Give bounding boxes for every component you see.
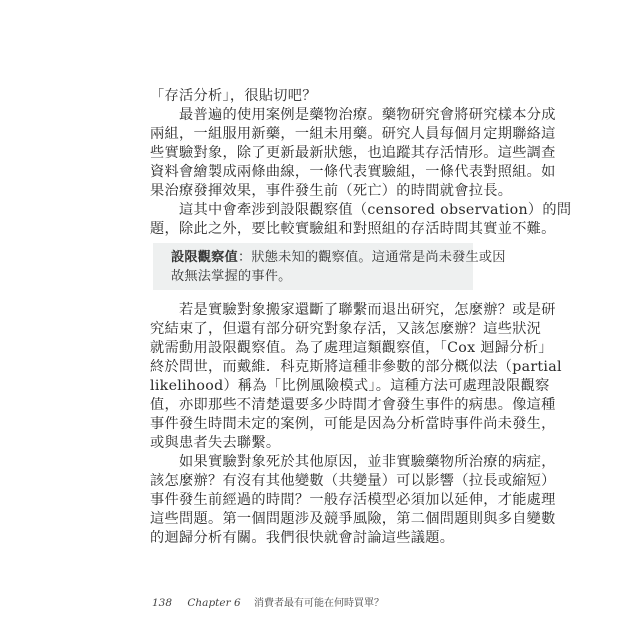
- text-line: 這些問題。第一個問題涉及競爭風險，第二個問題則與多自變數: [150, 510, 488, 529]
- text-line: 就需動用設限觀察值。為了處理這類觀察值，「Cox 迴歸分析」: [150, 339, 488, 358]
- text-line: 究結束了，但還有部分研究對象存活，又該怎麼辦？這些狀況: [150, 320, 488, 339]
- text-line: 值，亦即那些不清楚還要多少時間才會發生事件的病患。像這種: [150, 396, 488, 415]
- text-line: 事件發生時間未定的案例，可能是因為分析當時事件尚未發生，: [150, 415, 488, 434]
- text-line: 的迴歸分析有關。我們很快就會討論這些議題。: [150, 529, 488, 548]
- text-line: 些實驗對象，除了更新最新狀態，也追蹤其存活情形。這些調查: [150, 144, 488, 163]
- text-line: 這其中會牽涉到設限觀察值（censored observation）的問: [150, 201, 488, 220]
- page-number: 138: [152, 597, 172, 609]
- callout-term: 設限觀察值: [171, 250, 238, 265]
- text-line: 果治療發揮效果，事件發生前（死亡）的時間就會拉長。: [150, 182, 488, 201]
- text-block-2: 若是實驗對象搬家還斷了聯繫而退出研究，怎麼辦？或是研 究結束了，但還有部分研究對…: [150, 301, 488, 548]
- text-line: 兩組，一組服用新藥，一組未用藥。研究人員每個月定期聯絡這: [150, 125, 488, 144]
- text-line: 資料會繪製成兩條曲線，一條代表實驗組，一條代表對照組。如: [150, 163, 488, 182]
- callout-line: 設限觀察值：狀態未知的觀察值。這通常是尚未發生或因: [171, 248, 473, 267]
- text-line: 終於問世，而戴維．科克斯將這種非參數的部分概似法（partial: [150, 358, 488, 377]
- chapter-label: Chapter 6: [187, 597, 240, 609]
- definition-callout: 設限觀察值：狀態未知的觀察值。這通常是尚未發生或因 故無法掌握的事件。: [153, 243, 473, 290]
- chapter-title: 消費者最有可能在何時買單？: [254, 598, 384, 609]
- text-line: 「存活分析」，很貼切吧？: [150, 87, 488, 106]
- text-line: 題，除此之外，要比較實驗組和對照組的存活時間其實並不難。: [150, 220, 488, 239]
- text-line: 或與患者失去聯繫。: [150, 434, 488, 453]
- text-line: 若是實驗對象搬家還斷了聯繫而退出研究，怎麼辦？或是研: [150, 301, 488, 320]
- text-line: 最普遍的使用案例是藥物治療。藥物研究會將研究樣本分成: [150, 106, 488, 125]
- text-line: 該怎麼辦？有沒有其他變數（共變量）可以影響（拉長或縮短）: [150, 472, 488, 491]
- text-line: 事件發生前經過的時間？一般存活模型必須加以延伸，才能處理: [150, 491, 488, 510]
- callout-definition: ：狀態未知的觀察值。這通常是尚未發生或因: [238, 250, 506, 265]
- text-line: likelihood）稱為「比例風險模式」。這種方法可處理設限觀察: [150, 377, 488, 396]
- text-block-1: 「存活分析」，很貼切吧？ 最普遍的使用案例是藥物治療。藥物研究會將研究樣本分成 …: [150, 87, 488, 239]
- callout-line: 故無法掌握的事件。: [171, 267, 473, 286]
- page-footer: 138 Chapter 6 消費者最有可能在何時買單？: [152, 594, 384, 609]
- text-line: 如果實驗對象死於其他原因，並非實驗藥物所治療的病症，: [150, 453, 488, 472]
